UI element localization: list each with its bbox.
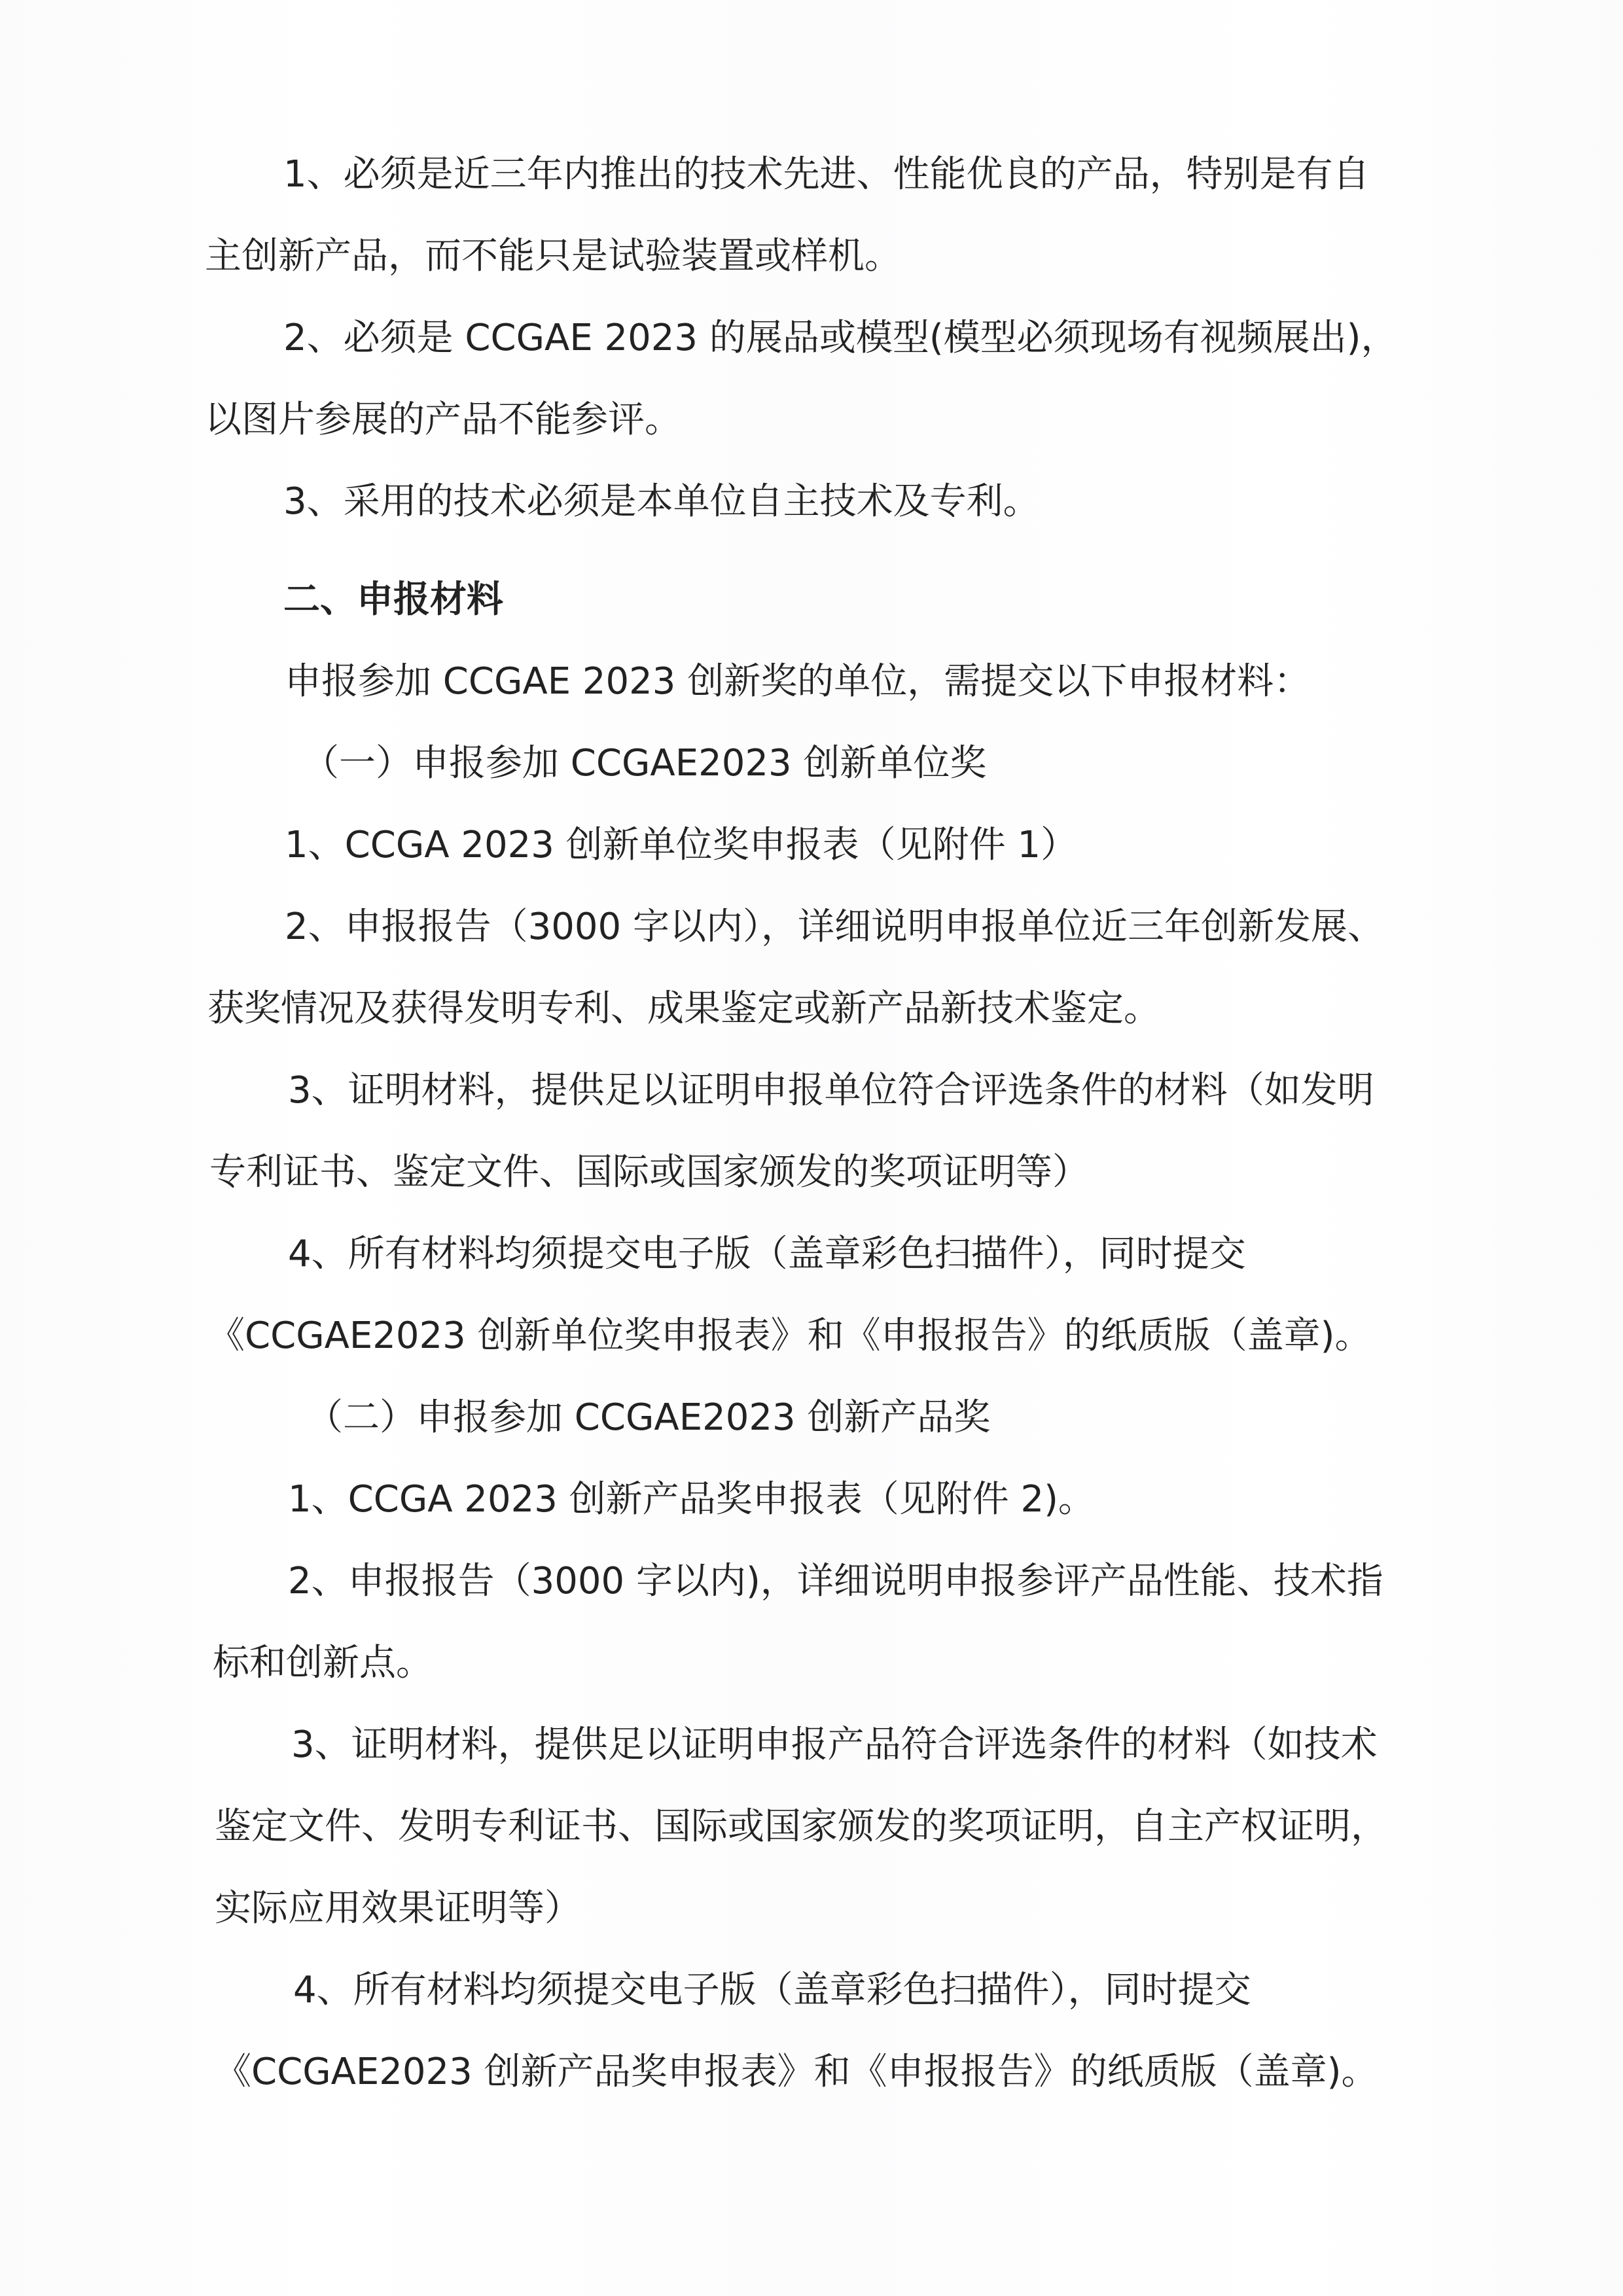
criteria-item-1-line-2: 主创新产品，而不能只是试验装置或样机。 bbox=[205, 234, 901, 279]
product-award-item-4-line-2: 《CCGAE2023 创新产品奖申报表》和《申报报告》的纸质版（盖章)。 bbox=[215, 2049, 1378, 2095]
unit-award-item-1-line-1: 1、CCGA 2023 创新单位奖申报表（见附件 1） bbox=[285, 822, 1077, 868]
product-award-item-2-line-1: 2、申报报告（3000 字以内)，详细说明申报参评产品性能、技术指 bbox=[288, 1559, 1383, 1604]
product-award-item-4-line-1: 4、所有材料均须提交电子版（盖章彩色扫描件），同时提交 bbox=[293, 1968, 1251, 2013]
product-award-item-2-line-2: 标和创新点。 bbox=[213, 1640, 433, 1686]
product-award-item-3-line-1: 3、证明材料，提供足以证明申报产品符合评选条件的材料（如技术 bbox=[291, 1722, 1378, 1768]
subsection-title-product-award: （二）申报参加 CCGAE2023 创新产品奖 bbox=[306, 1395, 990, 1441]
subsection-title-unit-award: （一）申报参加 CCGAE2023 创新单位奖 bbox=[302, 741, 986, 786]
unit-award-item-2-line-2: 获奖情况及获得发明专利、成果鉴定或新产品新技术鉴定。 bbox=[207, 986, 1160, 1032]
unit-award-item-2-line-1: 2、申报报告（3000 字以内），详细说明申报单位近三年创新发展、 bbox=[285, 904, 1384, 950]
product-award-item-3-line-2: 鉴定文件、发明专利证书、国际或国家颁发的奖项证明，自主产权证明， bbox=[215, 1804, 1387, 1850]
section-intro: 申报参加 CCGAE 2023 创新奖的单位，需提交以下申报材料： bbox=[285, 659, 1310, 705]
criteria-item-1-line-1: 1、必须是近三年内推出的技术先进、性能优良的产品，特别是有自 bbox=[283, 152, 1370, 198]
criteria-item-3-line-1: 3、采用的技术必须是本单位自主技术及专利。 bbox=[283, 479, 1040, 525]
unit-award-item-4-line-2: 《CCGAE2023 创新单位奖申报表》和《申报报告》的纸质版（盖章)。 bbox=[208, 1313, 1371, 1359]
product-award-item-1-line-1: 1、CCGA 2023 创新产品奖申报表（见附件 2)。 bbox=[288, 1477, 1095, 1523]
unit-award-item-4-line-1: 4、所有材料均须提交电子版（盖章彩色扫描件），同时提交 bbox=[288, 1231, 1246, 1277]
product-award-item-3-line-3: 实际应用效果证明等） bbox=[215, 1886, 581, 1932]
unit-award-item-3-line-2: 专利证书、鉴定文件、国际或国家颁发的奖项证明等） bbox=[209, 1150, 1089, 1195]
unit-award-item-3-line-1: 3、证明材料，提供足以证明申报单位符合评选条件的材料（如发明 bbox=[288, 1068, 1374, 1114]
criteria-item-2-line-1: 2、必须是 CCGAE 2023 的展品或模型(模型必须现场有视频展出)， bbox=[283, 315, 1398, 361]
criteria-item-2-line-2: 以图片参展的产品不能参评。 bbox=[205, 397, 681, 443]
document-page: 1、必须是近三年内推出的技术先进、性能优良的产品，特别是有自 主创新产品，而不能… bbox=[0, 0, 1623, 2296]
section-heading-materials: 二、申报材料 bbox=[283, 577, 503, 623]
